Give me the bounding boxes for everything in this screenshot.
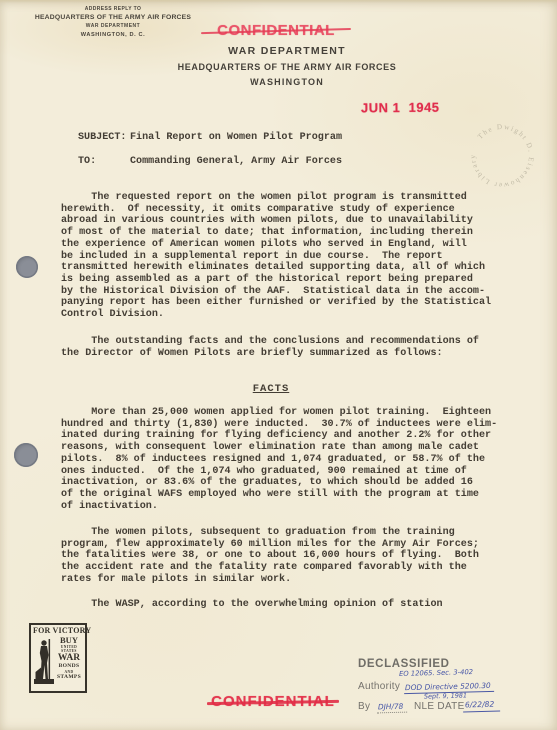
authority-label: Authority [358, 681, 400, 692]
typed-line: the fatalities were 38, or one to about … [61, 550, 479, 562]
war-bonds-war: WAR [55, 653, 83, 663]
svg-text:The Dwight D. Eisenhower Libra: The Dwight D. Eisenhower Library [461, 115, 543, 197]
by-value-handwriting: DJH/78 [377, 702, 408, 714]
confidential-stamp-text: CONFIDENTIAL [211, 693, 335, 710]
typed-line: of inactivation. [61, 501, 497, 513]
typed-line: reasons, with consequent lower eliminati… [61, 442, 497, 454]
typed-line: inated during training for flying defici… [61, 430, 497, 442]
to-value: Commanding General, Army Air Forces [130, 156, 342, 167]
reply-line: WASHINGTON, D. C. [33, 31, 193, 40]
typed-line: The women pilots, subsequent to graduati… [61, 527, 479, 539]
reply-line: HEADQUARTERS OF THE ARMY AIR FORCES [33, 14, 193, 23]
war-bonds-stamps: STAMPS [55, 674, 83, 681]
paragraph-4: The women pilots, subsequent to graduati… [61, 527, 479, 586]
typed-line: of most of the material to date; that in… [61, 227, 491, 239]
typed-line: ones inducted. Of the 1,074 who graduate… [61, 466, 497, 478]
typed-line: program, flew approximately 60 million m… [61, 539, 479, 551]
reply-line: ADDRESS REPLY TO [33, 5, 193, 14]
nle-date-value-handwriting: 6/22/82 [463, 700, 501, 713]
typed-line: The outstanding facts and the conclusion… [61, 336, 479, 348]
to-label: TO: [78, 156, 96, 167]
date-received-stamp: JUN 1 1945 [361, 100, 440, 116]
typed-line: panying report has been either furnished… [61, 297, 491, 309]
typed-line: is being assembled as a part of the hist… [61, 274, 491, 286]
reply-line: WAR DEPARTMENT [33, 22, 193, 31]
typed-line: The requested report on the women pilot … [61, 192, 491, 204]
eisenhower-library-round-stamp: The Dwight D. Eisenhower Library [461, 115, 543, 197]
subject-value: Final Report on Women Pilot Program [130, 132, 342, 143]
typed-line: the experience of American women pilots … [61, 239, 491, 251]
war-bonds-buy: BUY [55, 636, 83, 645]
subject-label: SUBJECT: [78, 132, 126, 143]
war-bonds-header: FOR VICTORY [33, 626, 83, 635]
typed-line: pilots. 8% of inductees resigned and 1,0… [61, 454, 497, 466]
declassified-eo-note-handwriting: EO 12065. Sec. 3-402 [399, 668, 473, 678]
nle-date-label: NLE DATE [414, 701, 465, 712]
authority-date-handwriting: Sept. 9, 1981 [424, 691, 467, 700]
library-stamp-text: The Dwight D. Eisenhower Library [461, 115, 543, 197]
typed-line: More than 25,000 women applied for women… [61, 407, 497, 419]
typed-line: be included in a supplemental report in … [61, 251, 491, 263]
typed-line: Control Division. [61, 309, 491, 321]
minuteman-statue-icon [33, 635, 55, 687]
typed-line: the Director of Women Pilots are briefly… [61, 348, 479, 360]
by-label: By [358, 701, 370, 712]
letterhead-department: WAR DEPARTMENT [187, 45, 387, 57]
paragraph-2: The outstanding facts and the conclusion… [61, 336, 479, 359]
typed-line: The WASP, according to the overwhelming … [61, 599, 443, 611]
typed-line: transmitted herewith eliminates detailed… [61, 262, 491, 274]
letterhead-city: WASHINGTON [187, 77, 387, 87]
hole-punch-top [16, 256, 38, 278]
address-reply-block: ADDRESS REPLY TO HEADQUARTERS OF THE ARM… [33, 5, 193, 39]
typed-line: the accident rate and the fatality rate … [61, 562, 479, 574]
war-bonds-stamp: FOR VICTORY BUY UNITED STATES WAR BONDS … [29, 623, 87, 693]
letterhead-headquarters: HEADQUARTERS OF THE ARMY AIR FORCES [157, 62, 417, 72]
paragraph-1: The requested report on the women pilot … [61, 192, 491, 321]
typed-line: inactivation, or 83.6% of the graduates,… [61, 477, 497, 489]
typed-line: hundred and thirty (1,830) were inducted… [61, 419, 497, 431]
confidential-stamp-bottom: CONFIDENTIAL [203, 693, 343, 710]
typed-line: by the Historical Division of the AAF. S… [61, 286, 491, 298]
paragraph-5: The WASP, according to the overwhelming … [61, 599, 443, 611]
hole-punch-bottom [14, 443, 38, 467]
typed-line: abroad in various countries with women p… [61, 215, 491, 227]
typed-line: rates for male pilots in similar work. [61, 574, 479, 586]
paragraph-3: More than 25,000 women applied for women… [61, 407, 497, 512]
facts-heading: FACTS [61, 383, 481, 395]
war-bonds-bonds: BONDS [55, 663, 83, 670]
confidential-stamp-text: CONFIDENTIAL [217, 22, 335, 39]
typed-line: herewith. Of necessity, it omits compara… [61, 204, 491, 216]
typed-line: of the original WAFS employed who were s… [61, 489, 497, 501]
scanned-letter-page: ADDRESS REPLY TO HEADQUARTERS OF THE ARM… [0, 0, 557, 730]
confidential-stamp-top: CONFIDENTIAL [196, 22, 356, 39]
